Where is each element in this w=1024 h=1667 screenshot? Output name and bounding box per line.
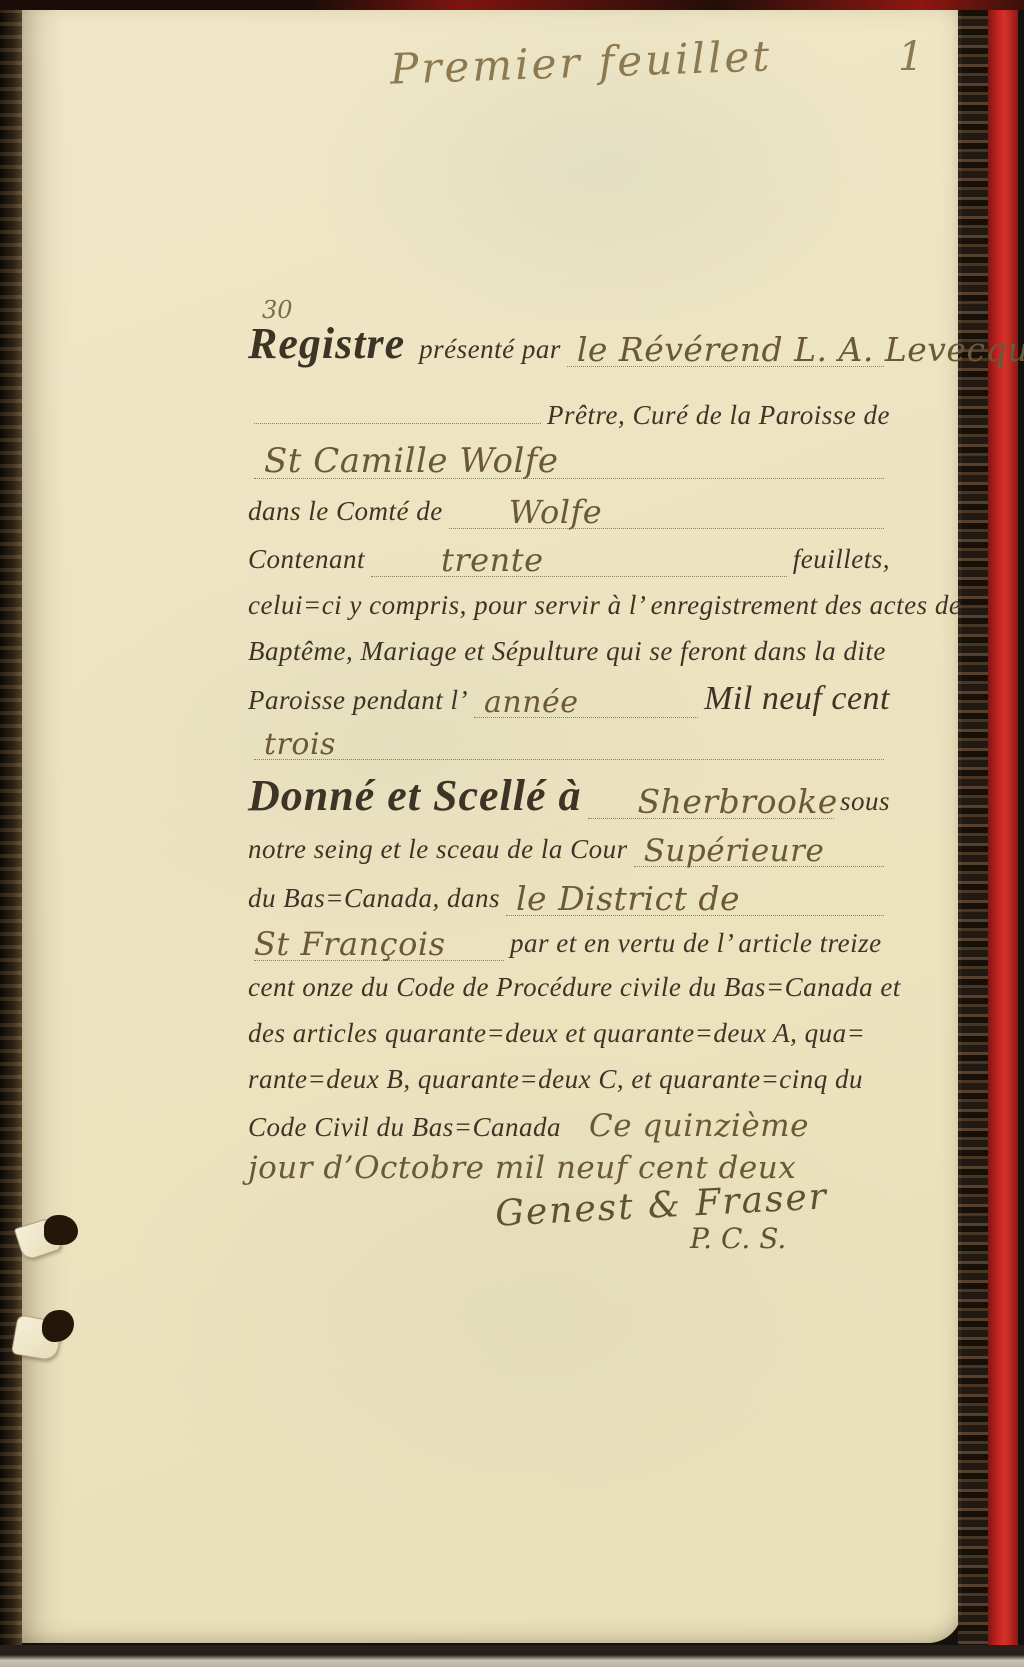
reverend-name-handwriting: le Révérend L. A. Levecque <box>567 330 1024 369</box>
form-line-contenant: Contenant trente feuillets, <box>248 538 890 577</box>
district-handwriting: le District de <box>506 879 740 918</box>
form-line-donne: Donné et Scellé à Sherbrooke sous <box>248 770 890 821</box>
form-line-pendant: Paroisse pendant l’ année Mil neuf cent <box>248 680 890 718</box>
cent-onze-text: cent onze du Code de Procédure civile du… <box>248 972 901 1003</box>
book-cover-edge <box>988 0 1018 1667</box>
contenant-handwriting: trente <box>371 541 544 579</box>
date-handwriting-end: jour d’Octobre mil neuf cent deux <box>248 1150 796 1186</box>
paroisse-name-field: St Camille Wolfe <box>254 438 884 479</box>
form-line-paroisse-name: St Camille Wolfe <box>248 438 890 479</box>
form-line-year: trois <box>248 724 890 760</box>
presente-par-label: présenté par <box>419 334 561 365</box>
year-handwriting: trois <box>254 727 336 762</box>
cour-handwriting: Supérieure <box>634 833 825 869</box>
compris-text: celui=ci y compris, pour servir à l’ enr… <box>248 590 961 621</box>
feuillets-label: feuillets, <box>793 544 890 575</box>
comte-label: dans le Comté de <box>248 496 443 527</box>
district-field: le District de <box>506 876 884 916</box>
pendant-label: Paroisse pendant l’ <box>248 685 468 716</box>
form-line-compris: celui=ci y compris, pour servir à l’ enr… <box>248 590 890 621</box>
reverend-name-field: le Révérend L. A. Levecque <box>567 327 884 367</box>
form-line-seing: notre seing et le sceau de la Cour Supér… <box>248 830 890 867</box>
blank-leader-line <box>254 423 541 424</box>
articles-text: des articles quarante=deux et quarante=d… <box>248 1018 865 1049</box>
book-top-edge <box>0 0 1024 10</box>
bas-canada-label: du Bas=Canada, dans <box>248 883 500 914</box>
form-line-articles: des articles quarante=deux et quarante=d… <box>248 1018 890 1049</box>
mil-neuf-cent-label: Mil neuf cent <box>704 680 890 718</box>
page-number: 1 <box>898 34 923 80</box>
form-line-cent-onze: cent onze du Code de Procédure civile du… <box>248 972 890 1003</box>
form-line-district-name: St François par et en vertu de l’ articl… <box>248 922 890 961</box>
seing-label: notre seing et le sceau de la Cour <box>248 834 628 865</box>
rante-text: rante=deux B, quarante=deux C, et quaran… <box>248 1064 863 1095</box>
form-line-registre: Registre présenté par le Révérend L. A. … <box>248 318 890 369</box>
registre-word: Registre <box>248 318 405 369</box>
comte-handwriting: Wolfe <box>449 493 603 531</box>
annee-field: année <box>474 682 698 718</box>
form-line-bascanada: du Bas=Canada, dans le District de <box>248 876 890 916</box>
form-line-pretre: Prêtre, Curé de la Paroisse de <box>248 400 890 431</box>
code-civil-text: Code Civil du Bas=Canada <box>248 1112 561 1143</box>
district-name-field: St François <box>254 922 504 961</box>
place-handwriting: Sherbrooke <box>588 782 838 821</box>
district-name-handwriting: St François <box>254 925 445 963</box>
contenant-field: trente <box>371 538 787 577</box>
form-line-bapteme: Baptême, Mariage et Sépulture qui se fer… <box>248 636 890 667</box>
place-field: Sherbrooke <box>588 779 834 819</box>
article-label: par et en vertu de l’ article treize <box>510 928 882 959</box>
donne-scelle-label: Donné et Scellé à <box>248 770 582 821</box>
register-page-scan: Premier feuillet 1 30 Registre présenté … <box>0 0 1024 1667</box>
date-handwriting-start: Ce quinzième <box>589 1108 809 1144</box>
cour-field: Supérieure <box>634 830 884 867</box>
form-line-code-civil: Code Civil du Bas=Canada Ce quinzième <box>248 1108 890 1144</box>
year-field: trois <box>254 724 884 760</box>
paper-sheet <box>16 6 962 1643</box>
contenant-label: Contenant <box>248 544 365 575</box>
signature-title: P. C. S. <box>690 1222 786 1255</box>
binding-hole <box>44 1215 78 1245</box>
bapteme-text: Baptême, Mariage et Sépulture qui se fer… <box>248 636 886 667</box>
pretre-label: Prêtre, Curé de la Paroisse de <box>547 400 890 431</box>
page-block-edges <box>958 0 990 1667</box>
comte-field: Wolfe <box>449 490 884 529</box>
form-line-rante: rante=deux B, quarante=deux C, et quaran… <box>248 1064 890 1095</box>
form-line-comte: dans le Comté de Wolfe <box>248 490 890 529</box>
book-bottom-edge <box>0 1645 1024 1667</box>
binding-edge <box>0 0 22 1667</box>
sous-label: sous <box>840 786 890 817</box>
paroisse-name-handwriting: St Camille Wolfe <box>254 441 559 481</box>
annee-handwriting: année <box>474 685 579 720</box>
